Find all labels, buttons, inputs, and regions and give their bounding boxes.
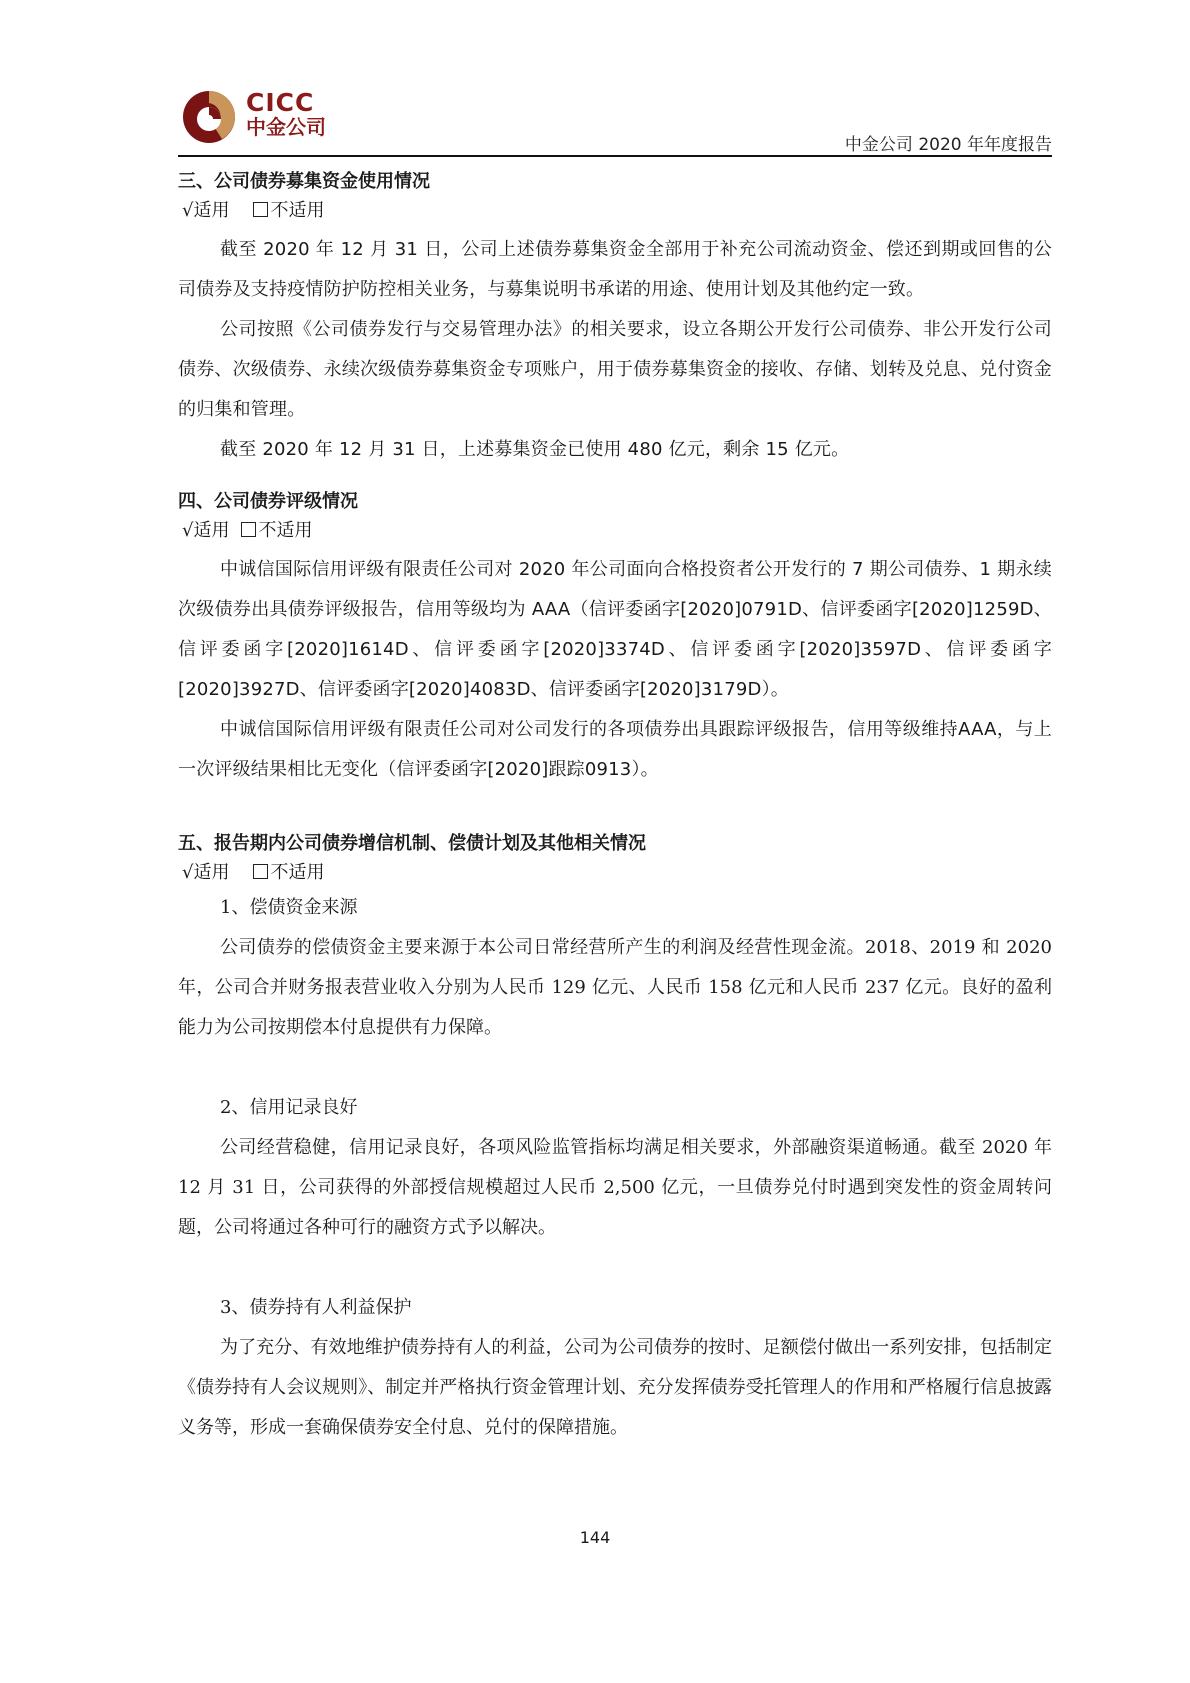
section-3-applicability: √适用不适用 xyxy=(178,196,1052,226)
checked-applicable: √适用 xyxy=(182,520,229,541)
paragraph: 截至 2020 年 12 月 31 日，公司上述债券募集资金全部用于补充公司流动… xyxy=(178,230,1052,310)
paragraph: 为了充分、有效地维护债券持有人的利益，公司为公司债券的按时、足额偿付做出一系列安… xyxy=(178,1328,1052,1448)
section-4-title: 四、公司债券评级情况 xyxy=(178,488,1052,516)
subsection-heading: 2、信用记录良好 xyxy=(178,1088,1052,1128)
not-applicable-label: 不适用 xyxy=(258,520,312,541)
logo-wordmark: CICC 中金公司 xyxy=(246,90,326,137)
header-divider xyxy=(178,155,1052,157)
report-title: 中金公司 2020 年年度报告 xyxy=(845,130,1052,155)
not-applicable-label: 不适用 xyxy=(270,200,324,221)
document-page: CICC 中金公司 中金公司 2020 年年度报告 三、公司债券募集资金使用情况… xyxy=(0,0,1190,1683)
logo-cn: 中金公司 xyxy=(246,117,326,137)
cicc-logo-icon xyxy=(182,90,236,144)
section-3-title: 三、公司债券募集资金使用情况 xyxy=(178,168,1052,196)
paragraph: 公司债券的偿债资金主要来源于本公司日常经营所产生的利润及经营性现金流。2018、… xyxy=(178,928,1052,1048)
checked-applicable: √适用 xyxy=(182,862,229,883)
cicc-logo: CICC 中金公司 xyxy=(182,88,342,148)
section-5-title: 五、报告期内公司债券增信机制、偿债计划及其他相关情况 xyxy=(178,830,1052,858)
page-number: 144 xyxy=(0,1528,1190,1547)
paragraph: 截至 2020 年 12 月 31 日，上述募集资金已使用 480 亿元，剩余 … xyxy=(178,430,1052,470)
unchecked-box-icon xyxy=(253,864,268,879)
unchecked-box-icon xyxy=(253,202,268,217)
unchecked-box-icon xyxy=(241,522,256,537)
paragraph: 公司按照《公司债券发行与交易管理办法》的相关要求，设立各期公开发行公司债券、非公… xyxy=(178,310,1052,430)
subsection-heading: 3、债券持有人利益保护 xyxy=(178,1288,1052,1328)
logo-en: CICC xyxy=(246,90,326,115)
section-4-applicability: √适用不适用 xyxy=(178,516,1052,546)
paragraph: 中诚信国际信用评级有限责任公司对公司发行的各项债券出具跟踪评级报告，信用等级维持… xyxy=(178,710,1052,790)
not-applicable-label: 不适用 xyxy=(270,862,324,883)
paragraph: 中诚信国际信用评级有限责任公司对 2020 年公司面向合格投资者公开发行的 7 … xyxy=(178,550,1052,710)
subsection-heading: 1、偿债资金来源 xyxy=(178,888,1052,928)
document-body: 三、公司债券募集资金使用情况 √适用不适用 截至 2020 年 12 月 31 … xyxy=(178,168,1052,1448)
paragraph: 公司经营稳健，信用记录良好，各项风险监管指标均满足相关要求，外部融资渠道畅通。截… xyxy=(178,1128,1052,1248)
checked-applicable: √适用 xyxy=(182,200,229,221)
section-5-applicability: √适用不适用 xyxy=(178,858,1052,888)
